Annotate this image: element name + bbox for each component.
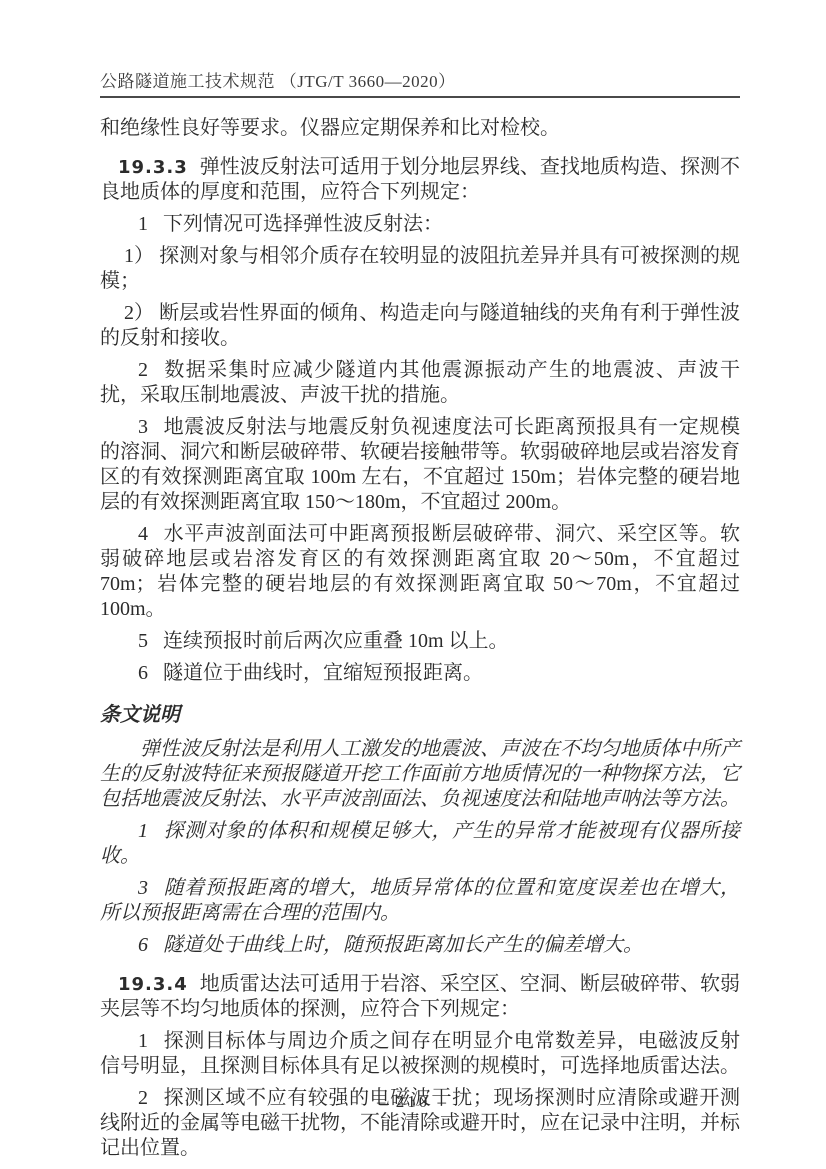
clause-item: 4水平声波剖面法可中距离预报断层破碎带、洞穴、采空区等。软弱破碎地层或岩溶发育区… [100,522,740,622]
clause-number: 19.3.4 [118,974,188,995]
item-text: 探测对象与相邻介质存在较明显的波阻抗差异并具有可被探测的规模； [100,245,740,292]
clause-item: 3地震波反射法与地震反射负视速度法可长距离预报具有一定规模的溶洞、洞穴和断层破碎… [100,415,740,515]
item-text: 下列情况可选择弹性波反射法： [163,213,443,235]
item-number: 5 [138,630,148,652]
item-number: 3 [138,877,148,899]
clause-item: 6隧道位于曲线时，宜缩短预报距离。 [100,661,740,686]
commentary-heading: 条文说明 [100,703,740,728]
item-number: 1 [138,213,148,235]
running-header: 公路隧道施工技术规范 （JTG/T 3660—2020） [100,72,740,98]
commentary-item: 3随着预报距离的增大，地质异常体的位置和宽度误差也在增大，所以预报距离需在合理的… [100,876,740,926]
item-number: 6 [138,934,148,956]
item-number: 4 [138,523,148,545]
item-text: 断层或岩性界面的倾角、构造走向与隧道轴线的夹角有利于弹性波的反射和接收。 [100,302,740,349]
item-text: 探测目标体与周边介质之间存在明显介电常数差异，电磁波反射信号明显，且探测目标体具… [100,1030,740,1077]
item-text: 水平声波剖面法可中距离预报断层破碎带、洞穴、采空区等。软弱破碎地层或岩溶发育区的… [100,523,740,620]
clause-item: 2数据采集时应减少隧道内其他震源振动产生的地震波、声波干扰，采取压制地震波、声波… [100,358,740,408]
commentary-item: 1探测对象的体积和规模足够大，产生的异常才能被现有仪器所接收。 [100,819,740,869]
clause-19-3-4: 19.3.4地质雷达法可适用于岩溶、采空区、空洞、断层破碎带、软弱夹层等不均匀地… [100,972,740,1022]
clause-subitem: 2）断层或岩性界面的倾角、构造走向与隧道轴线的夹角有利于弹性波的反射和接收。 [100,301,740,351]
clause-item: 1探测目标体与周边介质之间存在明显介电常数差异，电磁波反射信号明显，且探测目标体… [100,1029,740,1079]
page-body: 和绝缘性良好等要求。仪器应定期保养和比对检校。 19.3.3弹性波反射法可适用于… [100,116,740,1168]
commentary-lead: 弹性波反射法是利用人工激发的地震波、声波在不均匀地质体中所产生的反射波特征来预报… [100,737,740,812]
item-text: 隧道处于曲线上时，随预报距离加长产生的偏差增大。 [163,934,643,956]
item-text: 数据采集时应减少隧道内其他震源振动产生的地震波、声波干扰，采取压制地震波、声波干… [100,359,740,406]
page-number: – 210 – [0,1092,826,1112]
item-number: 3 [138,416,148,438]
item-text: 隧道位于曲线时，宜缩短预报距离。 [163,662,483,684]
clause-item: 1下列情况可选择弹性波反射法： [100,212,740,237]
document-page: 公路隧道施工技术规范 （JTG/T 3660—2020） 和绝缘性良好等要求。仪… [0,0,826,1169]
clause-text: 弹性波反射法可适用于划分地层界线、查找地质构造、探测不良地质体的厚度和范围，应符… [100,156,740,203]
commentary-item: 6隧道处于曲线上时，随预报距离加长产生的偏差增大。 [100,933,740,958]
item-number: 6 [138,662,148,684]
item-text: 随着预报距离的增大，地质异常体的位置和宽度误差也在增大，所以预报距离需在合理的范… [100,877,740,924]
item-number: 1 [138,820,148,842]
clause-text: 地质雷达法可适用于岩溶、采空区、空洞、断层破碎带、软弱夹层等不均匀地质体的探测，… [100,973,740,1020]
header-title: 公路隧道施工技术规范 （JTG/T 3660—2020） [100,72,456,91]
clause-subitem: 1）探测对象与相邻介质存在较明显的波阻抗差异并具有可被探测的规模； [100,244,740,294]
item-number: 2） [124,302,154,324]
clause-number: 19.3.3 [118,157,188,178]
item-number: 1 [138,1030,148,1052]
intro-paragraph: 和绝缘性良好等要求。仪器应定期保养和比对检校。 [100,116,740,141]
clause-item: 5连续预报时前后两次应重叠 10m 以上。 [100,629,740,654]
item-number: 1） [124,245,154,267]
clause-19-3-3: 19.3.3弹性波反射法可适用于划分地层界线、查找地质构造、探测不良地质体的厚度… [100,155,740,205]
item-text: 连续预报时前后两次应重叠 10m 以上。 [163,630,509,652]
item-text: 探测对象的体积和规模足够大，产生的异常才能被现有仪器所接收。 [100,820,740,867]
item-text: 地震波反射法与地震反射负视速度法可长距离预报具有一定规模的溶洞、洞穴和断层破碎带… [100,416,740,513]
item-number: 2 [138,359,148,381]
